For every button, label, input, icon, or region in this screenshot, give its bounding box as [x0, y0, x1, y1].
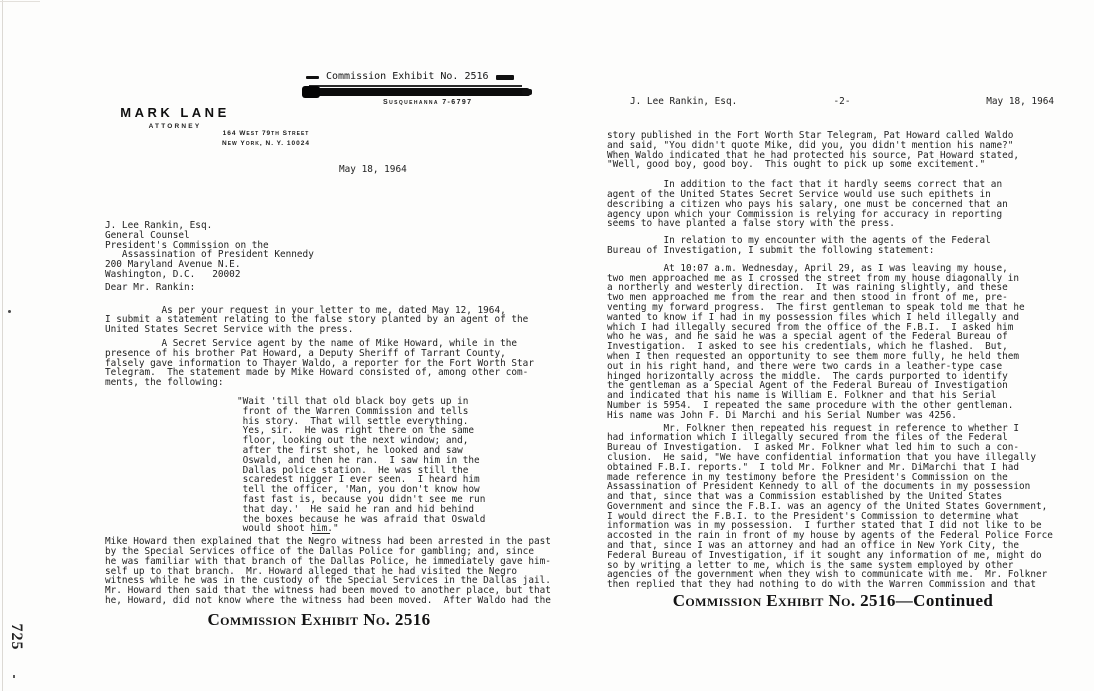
letter-paragraph: Mr. Folkner then repeated his request in… [607, 424, 1059, 591]
scan-speck [13, 675, 15, 678]
volume-page-number: 725 [0, 623, 36, 651]
block-quote: "Wait 'till that old black boy gets up i… [237, 397, 565, 534]
letterhead: MARK LANE ATTORNEY [120, 105, 230, 130]
letterhead-name: MARK LANE [120, 105, 230, 120]
exhibit-caption-left-text: Commission Exhibit No. 2516 [207, 610, 430, 629]
letter-paragraph: Mike Howard then explained that the Negr… [105, 537, 565, 606]
page2-header: J. Lee Rankin, Esq. -2- May 18, 1964 [630, 97, 1054, 107]
header-date: May 18, 1964 [850, 97, 1054, 107]
header-addressee: J. Lee Rankin, Esq. [630, 97, 834, 107]
letter-paragraph: At 10:07 a.m. Wednesday, April 29, as I … [607, 264, 1059, 421]
scan-speck [8, 310, 11, 313]
stamp-dash-right [496, 75, 514, 80]
letter-paragraph: As per your request in your letter to me… [105, 306, 565, 335]
header-page-label: -2- [834, 97, 851, 107]
stamp-ink-bar [306, 88, 530, 96]
letter-date: May 18, 1964 [339, 165, 407, 175]
letter-paragraph: story published in the Fort Worth Star T… [607, 131, 1059, 170]
underline-emphasis [312, 533, 330, 534]
letterhead-phone: Susquehanna 7-6797 [383, 99, 472, 106]
exhibit-caption-right-text: Commission Exhibit No. 2516 [673, 591, 896, 610]
exhibit-caption-left: Commission Exhibit No. 2516 [95, 610, 543, 630]
scan-edge-artifact-top [0, 1, 40, 2]
stamp-thin-underline [309, 85, 522, 87]
left-page-body: J. Lee Rankin, Esq. General Counsel Pres… [105, 221, 565, 606]
salutation: Dear Mr. Rankin: [105, 283, 565, 293]
recipient-address-block: J. Lee Rankin, Esq. General Counsel Pres… [105, 221, 565, 280]
quote-text: "Wait 'till that old black boy gets up i… [237, 397, 565, 534]
exhibit-stamp: Commission Exhibit No. 2516 [306, 71, 530, 96]
letterhead-address-line1: 164 West 79th Street [206, 129, 326, 139]
exhibit-caption-right-suffix: —Continued [896, 591, 994, 610]
letter-paragraph: A Secret Service agent by the name of Mi… [105, 339, 565, 388]
exhibit-stamp-label: Commission Exhibit No. 2516 [326, 71, 489, 83]
letterhead-address-line2: New York, N. Y. 10024 [206, 139, 326, 149]
letter-paragraph: In addition to the fact that it hardly s… [607, 180, 1059, 229]
right-page-body: story published in the Fort Worth Star T… [607, 131, 1059, 590]
scanned-document-sheet: Commission Exhibit No. 2516 MARK LANE AT… [0, 0, 1094, 691]
letter-paragraph: In relation to my encounter with the age… [607, 236, 1059, 256]
letterhead-address: 164 West 79th Street New York, N. Y. 100… [206, 129, 326, 148]
stamp-dash-left [306, 76, 319, 79]
scan-edge-artifact [2, 0, 3, 691]
exhibit-caption-right: Commission Exhibit No. 2516—Continued [607, 591, 1059, 611]
